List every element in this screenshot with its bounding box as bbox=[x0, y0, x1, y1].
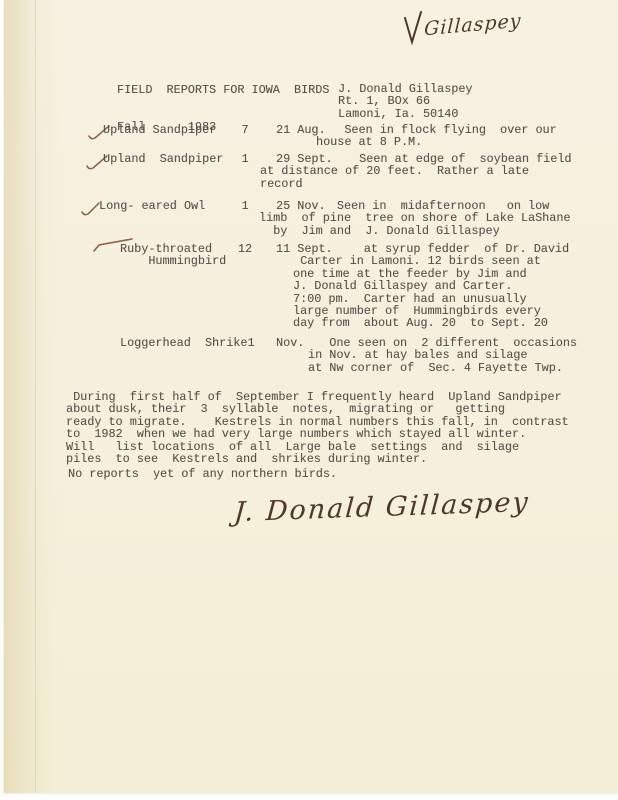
species-name: Upland Sandpiper bbox=[103, 124, 216, 136]
species-name: Loggerhead Shrike bbox=[120, 337, 247, 349]
sighting-description: Seen in midafternoon on low limb of pine… bbox=[259, 200, 571, 237]
sighting-description: One seen on 2 different occasions in Nov… bbox=[308, 337, 577, 374]
sighting-date: Nov. bbox=[276, 337, 304, 349]
report-title: FIELD REPORTS FOR IOWA BIRDS Fall 1983 bbox=[117, 59, 329, 158]
sighting-description: Seen at edge of soybean field at distanc… bbox=[260, 153, 572, 190]
top-signature-text: Gillaspey bbox=[424, 10, 522, 41]
sighting-description: at syrup fedder of Dr. David Carter in L… bbox=[293, 243, 569, 330]
season-notes-paragraph: During first half of September I frequen… bbox=[66, 391, 569, 465]
bird-count: 12 bbox=[233, 243, 257, 255]
sighting-description: Seen in flock flying over our house at 8… bbox=[316, 124, 557, 149]
paper-sheet: Gillaspey FIELD REPORTS FOR IOWA BIRDS F… bbox=[4, 0, 618, 793]
closing-note: No reports yet of any northern birds. bbox=[68, 468, 337, 480]
bird-count: 7 bbox=[233, 124, 257, 136]
top-right-signature: Gillaspey bbox=[402, 5, 572, 53]
bottom-signature: J. Donald Gillaspey bbox=[233, 487, 531, 528]
species-name: Long- eared Owl bbox=[99, 200, 205, 212]
species-name: Ruby-throated Hummingbird bbox=[120, 243, 226, 268]
bird-count: 1 bbox=[239, 337, 263, 349]
report-title-line1: FIELD REPORTS FOR IOWA BIRDS bbox=[117, 84, 329, 96]
bird-count: 1 bbox=[233, 200, 257, 212]
bird-count: 1 bbox=[233, 153, 257, 165]
author-address-block: J. Donald Gillaspey Rt. 1, BOx 66 Lamoni… bbox=[338, 83, 473, 120]
check-stroke-icon bbox=[402, 8, 424, 50]
species-name: Upland Sandpiper bbox=[103, 153, 223, 165]
scanned-document-screenshot: { "page": { "kind": "scanned typewritten… bbox=[0, 0, 618, 800]
